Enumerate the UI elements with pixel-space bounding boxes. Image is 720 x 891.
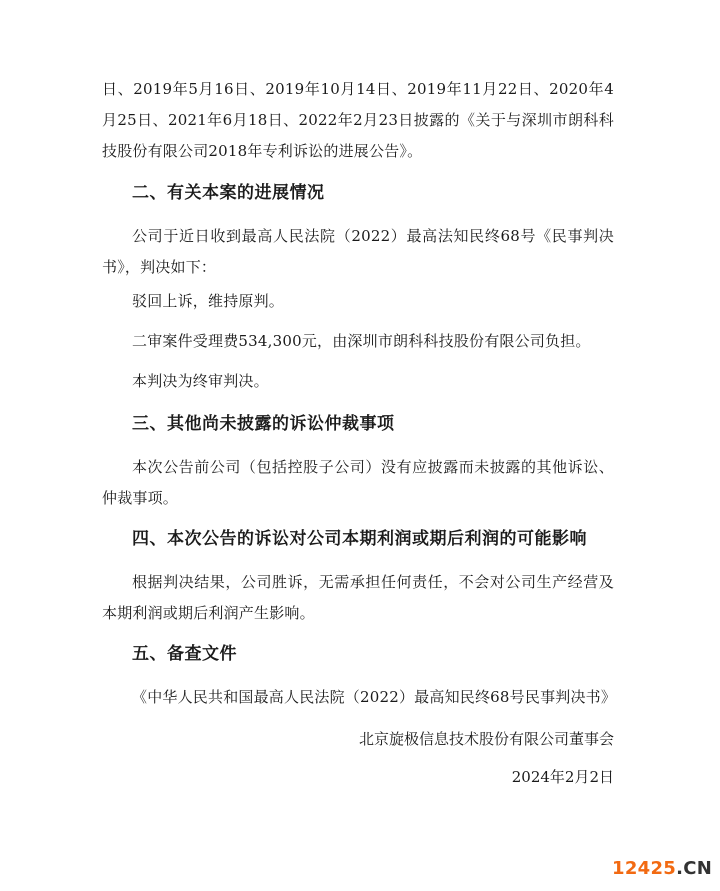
section-3-paragraph-1: 本次公告前公司（包括控股子公司）没有应披露而未披露的其他诉讼、仲裁事项。 — [102, 452, 614, 514]
section-4-paragraph-1: 根据判决结果，公司胜诉，无需承担任何责任，不会对公司生产经营及本期利润或期后利润… — [102, 567, 614, 629]
watermark-domain: .CN — [676, 858, 712, 879]
watermark-number: 12425 — [612, 858, 676, 879]
section-2-paragraph-3: 二审案件受理费534,300元，由深圳市朗科科技股份有限公司负担。 — [102, 326, 614, 357]
signature-date: 2024年2月2日 — [512, 765, 614, 789]
intro-paragraph: 日、2019年5月16日、2019年10月14日、2019年11月22日、202… — [102, 74, 614, 167]
section-2-paragraph-2: 驳回上诉，维持原判。 — [102, 286, 614, 317]
section-heading-3: 三、其他尚未披露的诉讼仲裁事项 — [132, 412, 395, 436]
section-5-paragraph-1: 《中华人民共和国最高人民法院（2022）最高知民终68号民事判决书》 — [102, 682, 614, 713]
signature-company: 北京旋极信息技术股份有限公司董事会 — [359, 727, 614, 751]
section-2-paragraph-1: 公司于近日收到最高人民法院（2022）最高法知民终68号《民事判决书》，判决如下… — [102, 221, 614, 283]
watermark-logo: 12425.CN — [612, 858, 712, 879]
section-heading-2: 二、有关本案的进展情况 — [132, 181, 325, 205]
section-heading-4: 四、本次公告的诉讼对公司本期利润或期后利润的可能影响 — [132, 527, 587, 551]
section-heading-5: 五、备查文件 — [132, 642, 237, 666]
section-2-paragraph-4: 本判决为终审判决。 — [102, 366, 614, 397]
